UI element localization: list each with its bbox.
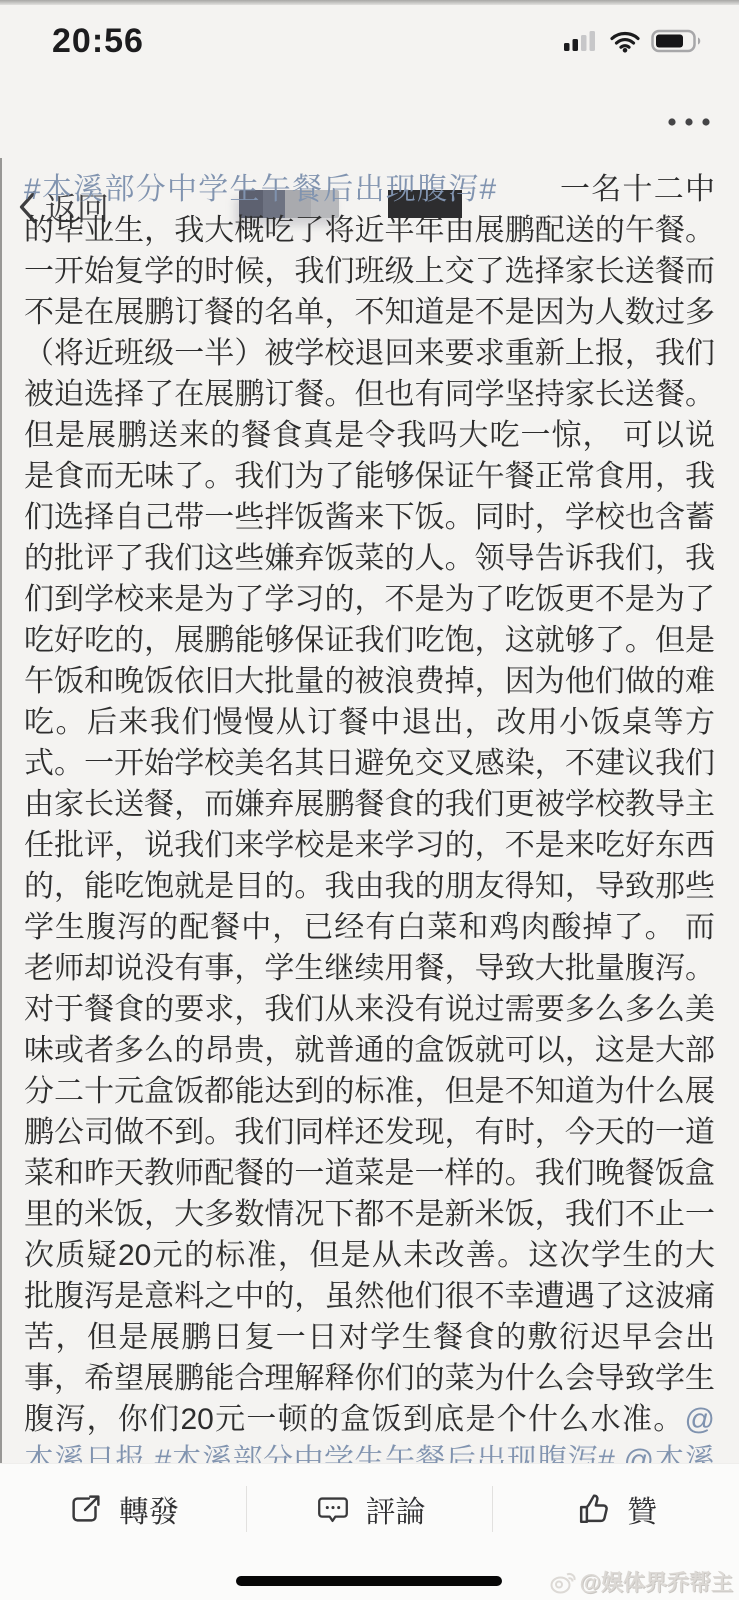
clock-time: 20:56 [52,22,144,61]
repost-button[interactable]: 轉發 [0,1487,246,1531]
comment-label: 評論 [366,1487,426,1531]
weibo-icon [549,1569,577,1595]
comment-button[interactable]: 評論 [247,1487,493,1531]
post-content: #本溪部分中学生午餐后出现腹泻# 一名十二中的毕业生，我大概吃了将近半年由展鹏配… [24,169,715,1463]
status-bar: 20:56 [0,0,739,85]
repost-label: 轉發 [119,1487,179,1531]
wifi-icon [609,29,641,53]
status-icons [563,28,705,54]
hashtag-link[interactable]: #本溪部分中学生午餐后出现腹泻# [24,173,496,206]
post-scroll-area[interactable]: #本溪部分中学生午餐后出现腹泻# 一名十二中的毕业生，我大概吃了将近半年由展鹏配… [0,163,739,1463]
cellular-signal-icon [563,29,599,53]
post-body-text [496,173,560,206]
bottom-bar: 轉發 評論 贊 [0,1463,739,1600]
like-label: 贊 [627,1487,657,1531]
repost-icon [67,1490,105,1528]
ellipsis-icon [667,117,711,127]
navigation-bar: 返回 [0,85,739,163]
battery-icon [651,28,705,54]
watermark-text: @娱体界乔帮主 [580,1566,733,1597]
post-body-text [146,1444,155,1463]
like-icon [575,1490,613,1528]
home-indicator[interactable] [236,1576,502,1586]
more-options-button[interactable] [663,111,715,134]
like-button[interactable]: 贊 [493,1487,739,1531]
hashtag-link[interactable]: #本溪部分中学生午餐后出现腹泻# [155,1444,615,1463]
post-body-text: 一名十二中的毕业生，我大概吃了将近半年由展鹏配送的午餐。一开始复学的时候，我们班… [24,173,715,1436]
watermark: @娱体界乔帮主 [549,1566,733,1597]
comment-icon [314,1490,352,1528]
action-toolbar: 轉發 評論 贊 [0,1476,739,1542]
post-body-text [615,1444,624,1463]
phone-screen: 20:56 [0,0,739,1600]
